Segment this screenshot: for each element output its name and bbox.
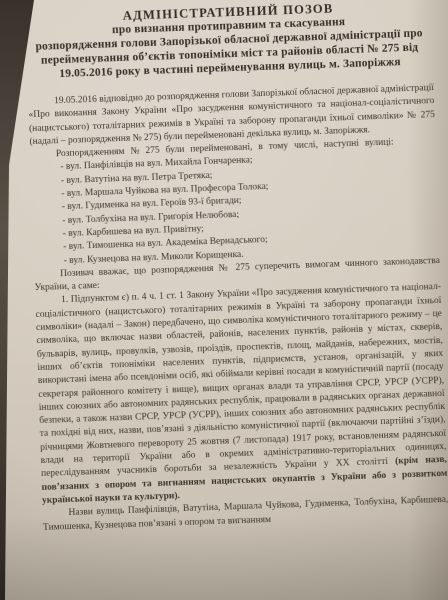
law-text: 1. Підпунктом є) п. 4 ч. 1 ст. 1 Закону … — [35, 282, 446, 479]
street-rename-list: - вул. Панфілівців на вул. Михайла Гонча… — [30, 148, 439, 268]
document-photo: АДМІНІСТРАТИВНИЙ ПОЗОВ про визнання прот… — [0, 0, 448, 600]
document-body: 19.05.2016 відповідно до розпорядження г… — [28, 82, 448, 535]
lawsuit-document: АДМІНІСТРАТИВНИЙ ПОЗОВ про визнання прот… — [25, 0, 448, 535]
paragraph-law: 1. Підпунктом є) п. 4 ч. 1 ст. 1 Закону … — [35, 281, 448, 508]
document-title: АДМІНІСТРАТИВНИЙ ПОЗОВ про визнання прот… — [25, 0, 433, 82]
